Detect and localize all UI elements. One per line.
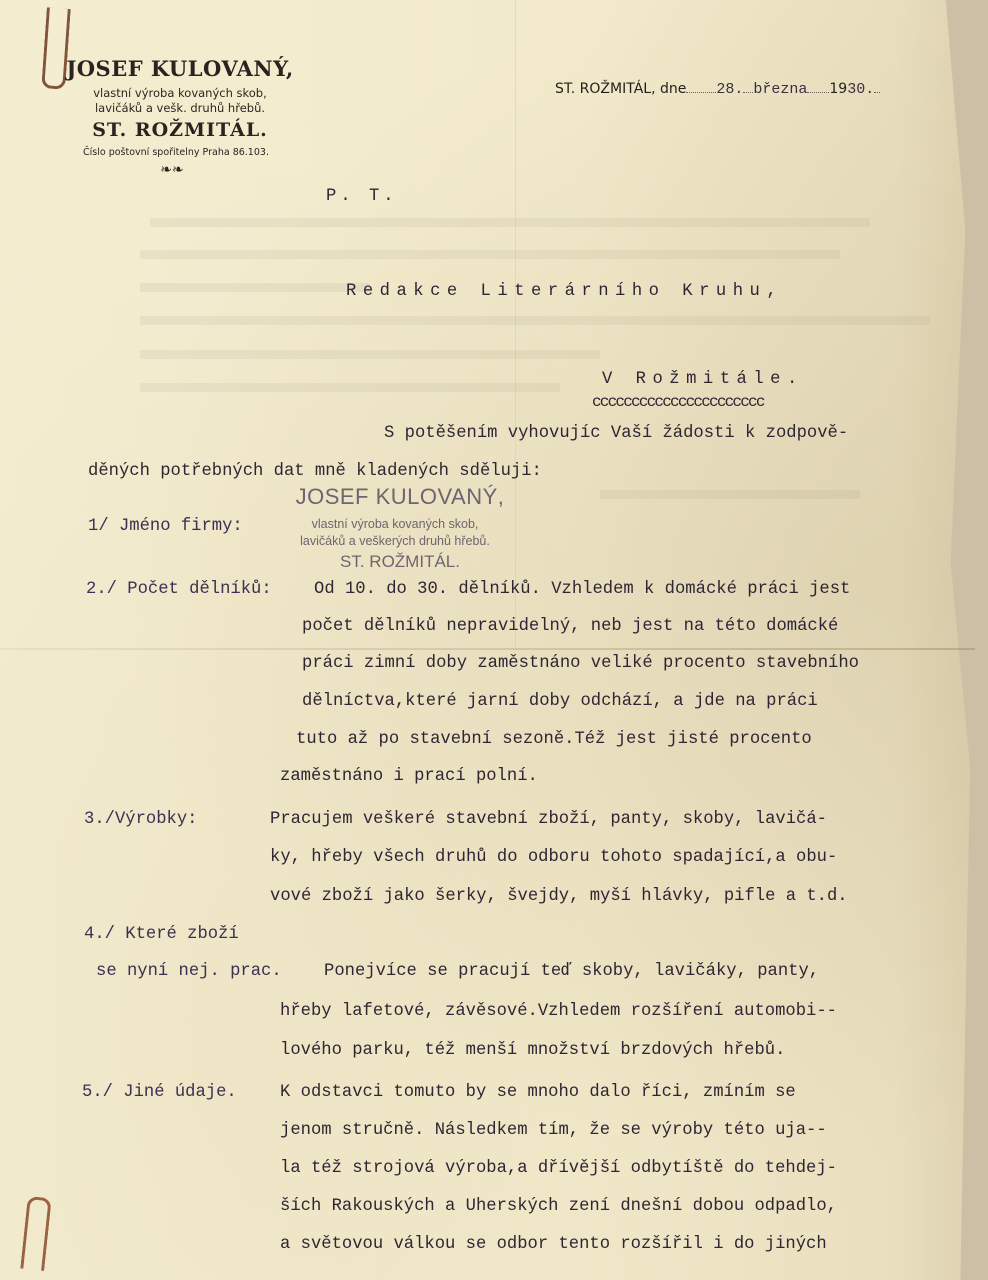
letterhead-company-name: JOSEF KULOVANÝ,	[50, 56, 310, 81]
ornament-icon: ❧❧	[152, 162, 192, 178]
letterhead-tagline-1: vlastní výroba kovaných skob,	[60, 86, 300, 100]
recipient-city: V Rožmitále.	[602, 370, 804, 389]
bleed-through-text	[140, 316, 930, 325]
intro-line-1: S potěšením vyhovujíc Vaší žádosti k zod…	[384, 424, 848, 443]
item-5-line: a světovou válkou se odbor tento rozšíři…	[280, 1235, 827, 1254]
dotted-fill	[807, 91, 829, 93]
item-2-line: Od 10. do 30. dělníků. Vzhledem k domáck…	[314, 580, 850, 599]
bleed-through-text	[140, 283, 370, 292]
dotted-fill	[874, 91, 880, 93]
item-4-line: Ponejvíce se pracují teď skoby, lavičáky…	[324, 962, 819, 981]
item-5-line: la též strojová výroba,a dřívější odbytí…	[280, 1159, 837, 1178]
item-4-label-2: se nyní nej. prac.	[96, 962, 282, 981]
item-3-label: 3./Výrobky:	[84, 810, 197, 829]
item-4-label: 4./ Které zboží	[84, 925, 239, 944]
item-2-line: počet dělníků nepravidelný, neb jest na …	[302, 617, 838, 636]
item-4-line: hřeby lafetové, závěsové.Vzhledem rozšíř…	[280, 1002, 837, 1021]
bleed-through-text	[150, 218, 870, 227]
item-3-line: vové zboží jako šerky, švejdy, myší hláv…	[270, 887, 848, 906]
item-2-line: dělníctva,které jarní doby odchází, a jd…	[302, 692, 818, 711]
letterhead-tagline-2: lavičáků a vešk. druhů hřebů.	[60, 101, 300, 115]
item-4-line: lového parku, též menší množství brzdový…	[280, 1041, 785, 1060]
bleed-through-text	[600, 490, 860, 499]
item-2-label: 2./ Počet dělníků:	[86, 580, 272, 599]
company-stamp-line-2: lavičáků a veškerých druhů hřebů.	[260, 534, 530, 548]
dateline-year-prefix: 19	[829, 81, 847, 97]
item-3-line: ky, hřeby všech druhů do odboru tohoto s…	[270, 848, 837, 867]
item-5-line: jenom stručně. Následkem tím, že se výro…	[280, 1121, 827, 1140]
recipient-name: Redakce Literárního Kruhu,	[346, 282, 783, 301]
item-5-label: 5./ Jiné údaje.	[82, 1083, 237, 1102]
bleed-through-text	[140, 383, 560, 392]
item-2-line: zaměstnáno i prací polní.	[280, 767, 538, 786]
letterhead-account: Číslo poštovní spořitelny Praha 86.103.	[56, 147, 296, 158]
paper-fold-horizontal	[0, 648, 975, 650]
company-stamp-city: ST. ROŽMITÁL.	[270, 552, 530, 572]
salutation: P. T.	[326, 187, 398, 206]
item-2-line: tuto až po stavební sezoně.Též jest jist…	[296, 730, 812, 749]
item-1-label: 1/ Jméno firmy:	[88, 517, 243, 536]
dateline-place: ST. ROŽMITÁL, dne	[555, 81, 686, 97]
company-stamp-line-1: vlastní výroba kovaných skob,	[260, 517, 530, 531]
item-5-line: ších Rakouských a Uherských zení dnešní …	[280, 1197, 837, 1216]
dateline-month: března	[753, 81, 807, 98]
item-5-line: K odstavci tomuto by se mnoho dalo říci,…	[280, 1083, 796, 1102]
bleed-through-text	[140, 250, 840, 259]
item-2-line: práci zimní doby zaměstnáno veliké proce…	[302, 654, 859, 673]
bleed-through-text	[140, 350, 600, 359]
dotted-fill	[686, 91, 716, 93]
dateline-year-suffix: 30.	[847, 81, 874, 98]
dateline-day: 28.	[716, 81, 743, 98]
recipient-underline: cccccccccccccccccccccc	[592, 393, 764, 411]
item-3-line: Pracujem veškeré stavební zboží, panty, …	[270, 810, 827, 829]
dotted-fill	[743, 91, 753, 93]
dateline: ST. ROŽMITÁL, dne28.března1930.	[555, 81, 880, 98]
company-stamp-name: JOSEF KULOVANÝ,	[270, 484, 530, 510]
letterhead-city: ST. ROŽMITÁL.	[60, 119, 300, 141]
intro-line-2: děných potřebných dat mně kladených sděl…	[88, 462, 542, 481]
